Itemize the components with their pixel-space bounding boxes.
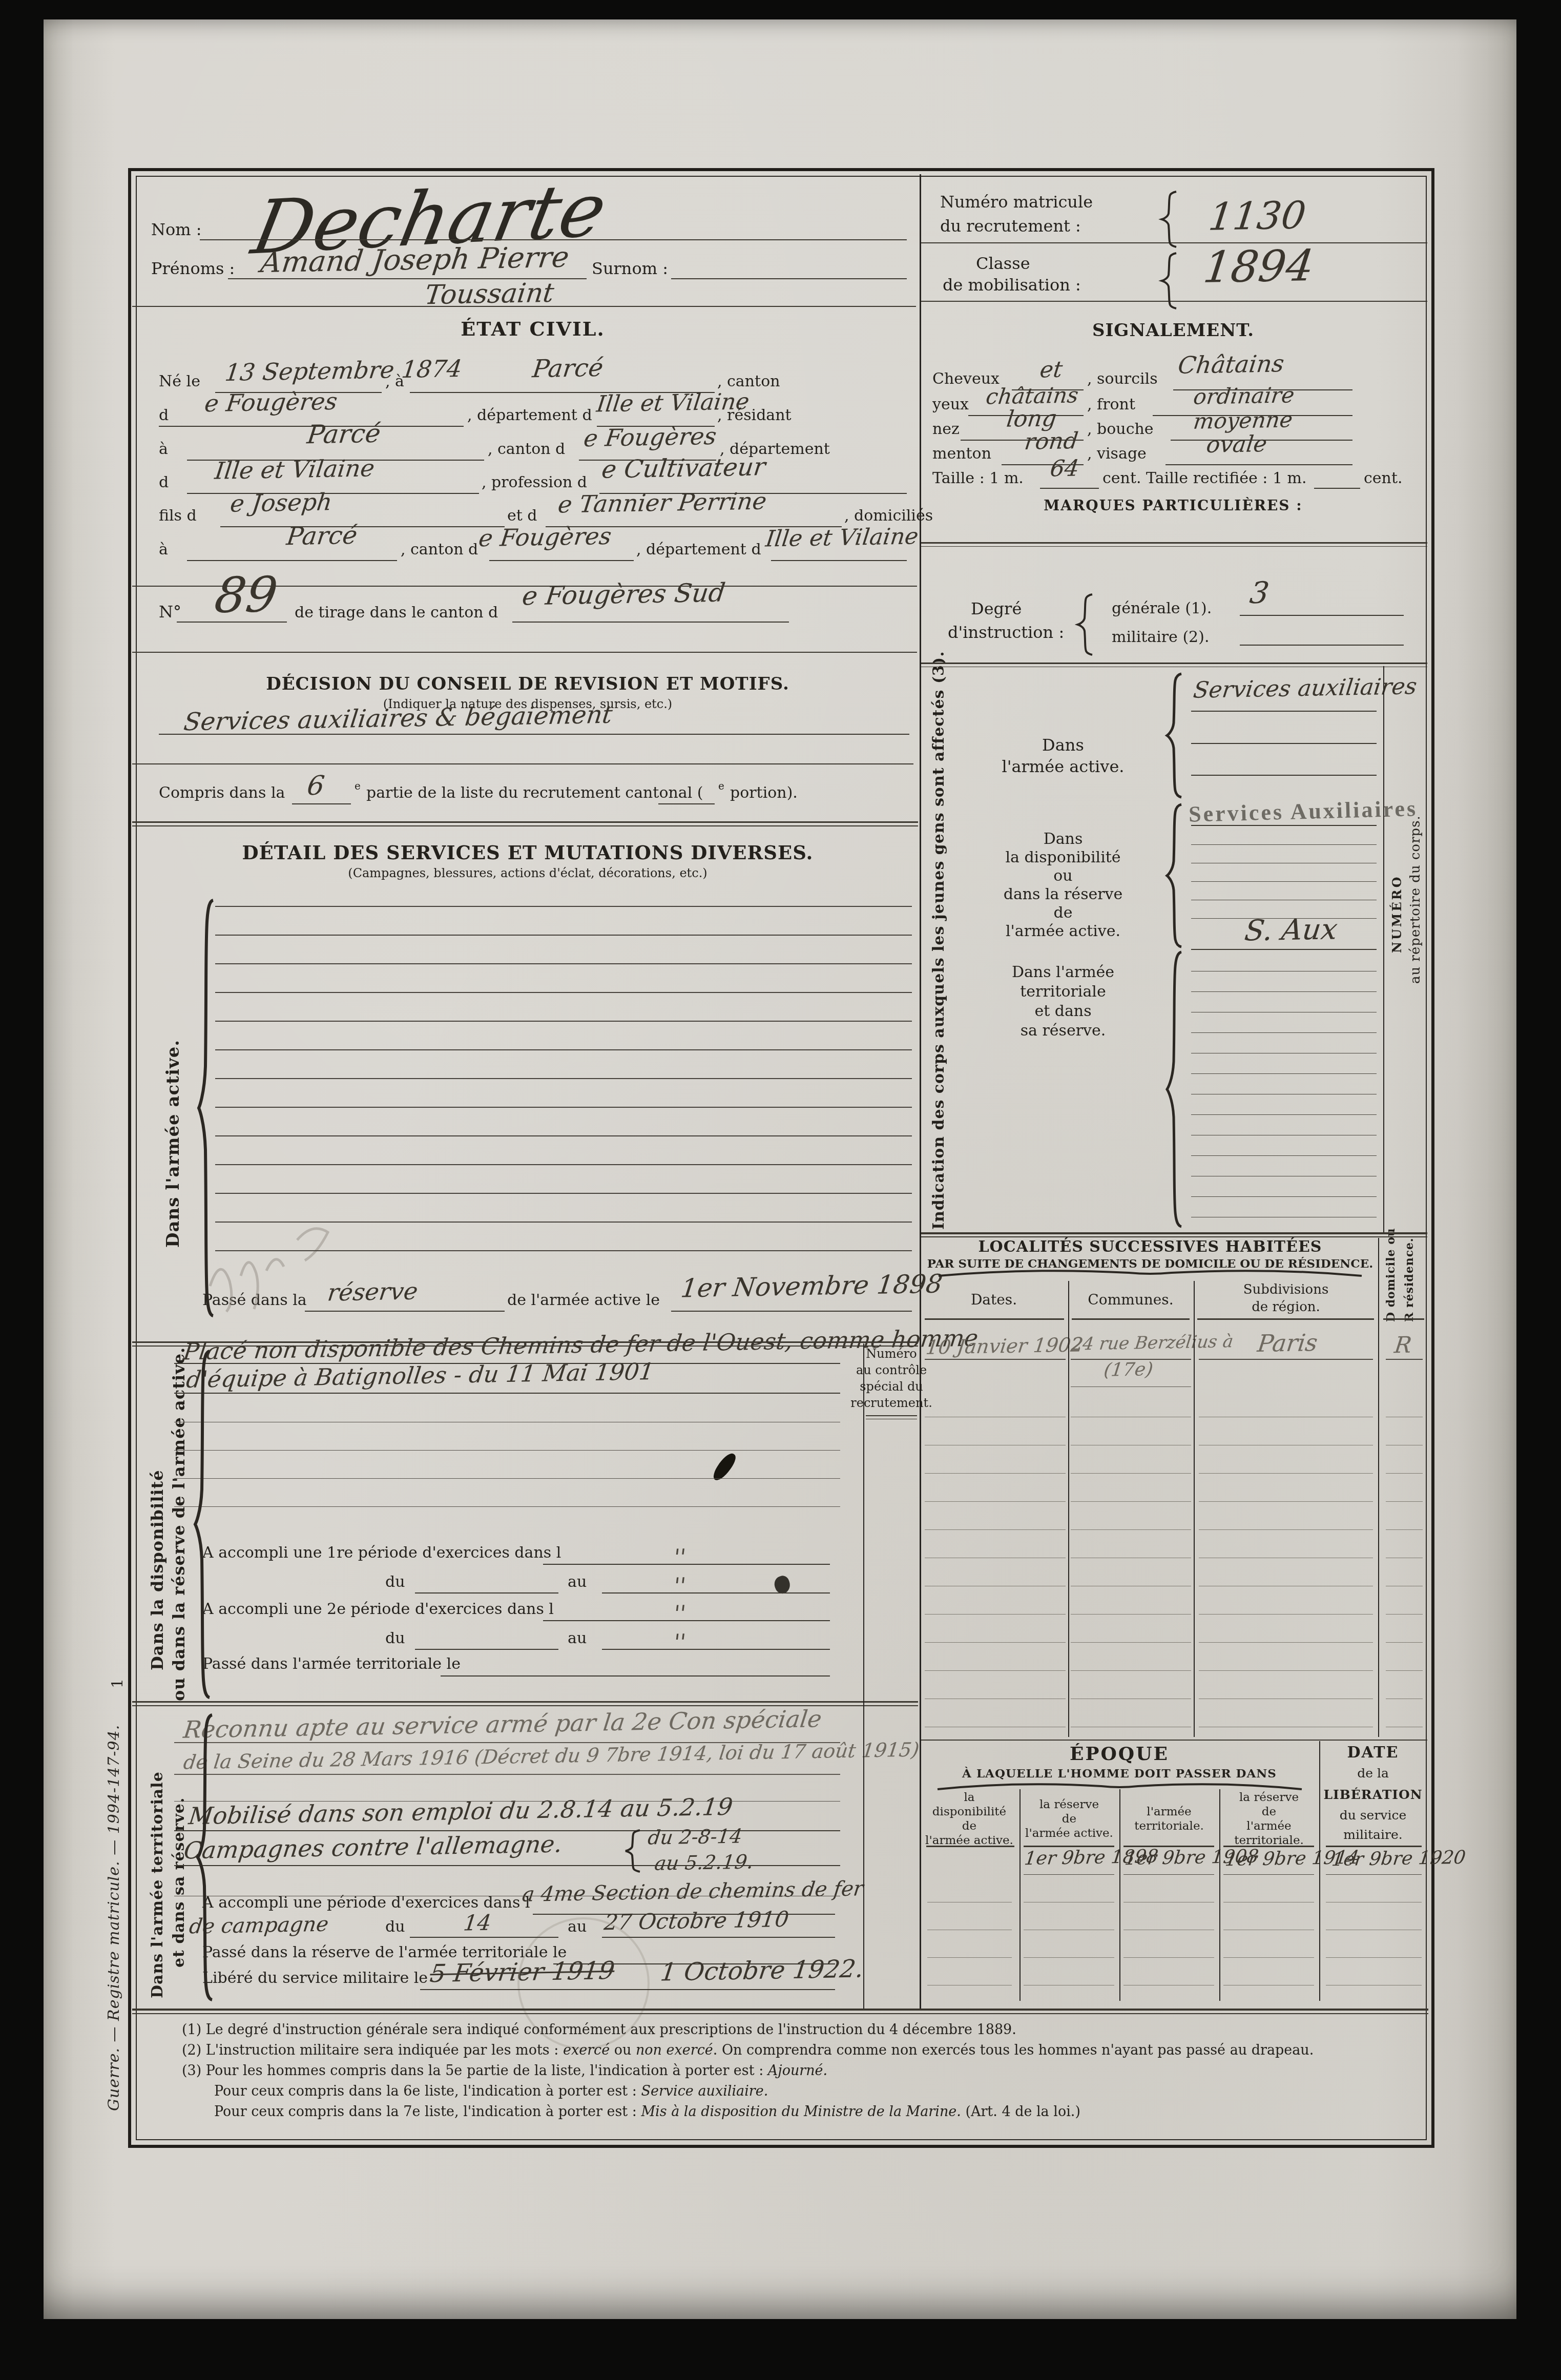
- dispo-terr-label: Passé dans l'armée territoriale le: [202, 1656, 461, 1672]
- ruled-line: [925, 1529, 1066, 1530]
- curly-brace: [192, 1350, 213, 1699]
- terr-hw10: 1 Octobre 1922.: [659, 1957, 865, 1985]
- ruled-line: [925, 1359, 1066, 1360]
- decorative-bracket-line: [936, 1780, 1303, 1793]
- ruled-line: [599, 493, 907, 494]
- footnote-3-italic: Ajourné.: [768, 2063, 827, 2079]
- ruled-line: [925, 1699, 1066, 1699]
- ruled-line: [489, 560, 634, 561]
- ruled-line: [1071, 1529, 1191, 1530]
- corps-active-l2: l'armée active.: [1002, 758, 1124, 776]
- compris-e2: e: [718, 781, 724, 792]
- ruled-line: [1386, 1501, 1423, 1502]
- civil-r3b: , canton d: [488, 441, 565, 458]
- table-vertical-line: [1219, 1789, 1220, 2001]
- ruled-line: [1326, 1846, 1422, 1847]
- ruled-line: [215, 935, 912, 936]
- ruled-line: [220, 526, 505, 527]
- prenoms-label: Prénoms :: [151, 260, 235, 278]
- corps-mid-l2: la disponibilité: [1005, 850, 1120, 866]
- ruled-line: [1223, 1846, 1314, 1847]
- footnote-2: (2) L'instruction militaire sera indiqué…: [182, 2043, 1314, 2058]
- ruled-line: [1191, 1217, 1377, 1217]
- civil-r4b: , profession d: [482, 474, 587, 491]
- ruled-line: [1123, 1930, 1214, 1930]
- civil-r5a: fils d: [159, 508, 197, 524]
- matricule-label-2: du recrutement :: [940, 218, 1081, 235]
- compris-b: partie de la liste du recrutement canton…: [366, 785, 703, 801]
- ruled-line: [925, 1558, 1066, 1558]
- ruled-line: [1223, 1985, 1314, 1985]
- civil-r2b: , département d: [467, 407, 592, 424]
- ruled-line: [925, 1586, 1066, 1586]
- ruled-line: [1071, 1642, 1191, 1643]
- ruled-line: [1191, 1114, 1377, 1115]
- dispo-p1: A accompli une 1re période d'exercices d…: [202, 1545, 561, 1561]
- civil-r4v2: e Cultivateur: [600, 454, 767, 482]
- ruled-line: [925, 1318, 1064, 1320]
- localites-h-sub2: de région.: [1252, 1300, 1320, 1314]
- ruled-line: [553, 1963, 835, 1964]
- curly-brace: [195, 1714, 215, 2001]
- civil-r3v1: Parcé: [306, 421, 382, 447]
- yeux-value: châtains: [985, 384, 1079, 407]
- ruled-line: [215, 1107, 912, 1108]
- ruled-line: [671, 1311, 912, 1312]
- ruled-line: [1240, 645, 1404, 646]
- ruled-line: [1191, 971, 1377, 971]
- localites-r1-date: 10 Janvier 1902: [925, 1335, 1084, 1357]
- ruled-line: [1071, 1699, 1191, 1699]
- ruled-line: [926, 1846, 1014, 1847]
- table-vertical-line: [1383, 666, 1384, 1232]
- pencil-scribble: [205, 1209, 348, 1322]
- ruled-line: [1386, 1727, 1423, 1727]
- ruled-line: [1199, 1445, 1373, 1445]
- ruled-line: [1386, 1417, 1423, 1417]
- ruled-line: [174, 1801, 840, 1802]
- ruled-line: [174, 1742, 840, 1743]
- ruled-line: [1072, 1318, 1190, 1320]
- table-vertical-line: [1119, 1789, 1120, 2001]
- ruled-line: [132, 1705, 918, 1706]
- ruled-line: [200, 239, 907, 240]
- ruled-line: [1199, 1642, 1373, 1643]
- ruled-line: [174, 1830, 840, 1831]
- ruled-line: [1191, 881, 1377, 882]
- terr-hw4b: au 5.2.19.: [653, 1852, 754, 1873]
- taille-label-3: cent.: [1364, 470, 1402, 487]
- yeux-label: yeux: [932, 397, 969, 413]
- ruled-line: [961, 440, 1084, 441]
- ruled-line: [1002, 464, 1084, 465]
- ruled-line: [305, 1311, 505, 1312]
- ruled-line: [187, 493, 479, 494]
- ruled-line: [1165, 464, 1352, 465]
- ruled-line: [215, 963, 912, 964]
- ruled-line: [925, 1501, 1066, 1502]
- ruled-line: [1191, 991, 1377, 992]
- ruled-line: [132, 821, 918, 823]
- localites-h-sub1: Subdivisions: [1243, 1283, 1329, 1297]
- tirage-no: N°: [159, 604, 181, 621]
- epoque-date-5: militaire.: [1343, 1828, 1402, 1841]
- civil-r1c: , canton: [717, 374, 780, 390]
- ruled-line: [132, 1346, 918, 1347]
- table-vertical-line: [1194, 1281, 1195, 1737]
- degre-label-1: Degré: [971, 601, 1022, 618]
- footnote-3: (3) Pour les hommes compris dans la 5e p…: [182, 2064, 827, 2078]
- ruled-line: [1386, 1359, 1423, 1360]
- passe-reserve-b: de l'armée active le: [507, 1292, 660, 1309]
- taille-label-2: cent. Taille rectifiée : 1 m.: [1102, 470, 1307, 487]
- dispo-au2: au: [568, 1630, 587, 1647]
- ruled-line: [866, 1415, 917, 1416]
- ruled-line: [1191, 1053, 1377, 1053]
- ruled-line: [579, 460, 716, 461]
- ruled-line: [921, 1236, 1427, 1237]
- ruled-line: [292, 803, 351, 804]
- prenoms-value: Amand Joseph Pierre: [259, 243, 571, 277]
- civil-r2a: d: [159, 407, 169, 424]
- ruled-line: [1024, 1902, 1114, 1902]
- localites-h-dr2: R résidence.: [1403, 1240, 1416, 1322]
- ruled-line: [174, 1506, 840, 1507]
- ruled-line: [921, 1740, 1427, 1741]
- curly-brace: [622, 1829, 643, 1873]
- dispo-au1: au: [568, 1574, 587, 1590]
- ruled-line: [1123, 1957, 1214, 1958]
- ruled-line: [132, 2013, 1428, 2014]
- menton-value: rond: [1023, 430, 1079, 453]
- table-vertical-line: [1068, 1281, 1069, 1737]
- curly-brace: [1159, 252, 1179, 309]
- ruled-line: [132, 1341, 918, 1343]
- ruled-line: [921, 1232, 1427, 1234]
- ruled-line: [1199, 1529, 1373, 1530]
- corps-mid-l5: de: [1054, 905, 1073, 921]
- detail-sub: (Campagnes, blessures, actions d'éclat, …: [348, 867, 707, 880]
- ruled-line: [921, 546, 1427, 547]
- ruled-line: [215, 1078, 912, 1079]
- ruled-line: [546, 526, 842, 527]
- ruled-line: [927, 1930, 1012, 1930]
- section-label-terr-1: Dans l'armée territoriale: [149, 1732, 166, 1998]
- numcol-l2: au contrôle: [856, 1364, 927, 1377]
- civil-r5b: et d: [507, 508, 537, 524]
- ruled-line: [215, 1049, 912, 1050]
- epoque-c2l2: de: [1062, 1813, 1076, 1825]
- ruled-line: [1240, 615, 1404, 616]
- ruled-line: [925, 1417, 1066, 1417]
- ruled-line: [602, 1649, 830, 1650]
- corps-mid-l1: Dans: [1044, 831, 1083, 847]
- civil-r6b: , canton d: [401, 542, 478, 558]
- ruled-line: [410, 392, 715, 393]
- detail-title: DÉTAIL DES SERVICES ET MUTATIONS DIVERSE…: [242, 843, 814, 863]
- ruled-line: [927, 1957, 1012, 1958]
- signalement-title: SIGNALEMENT.: [1092, 322, 1254, 340]
- ruled-line: [1191, 825, 1377, 826]
- ruled-line: [174, 1896, 840, 1896]
- ruled-line: [1386, 1473, 1423, 1474]
- localites-r1-comm2: (17e): [1103, 1360, 1154, 1380]
- footnote-2-mid: ou: [610, 2042, 636, 2058]
- ruled-line: [174, 1478, 840, 1479]
- margin-page-number: 1: [109, 1668, 127, 1688]
- ruled-line: [1024, 1874, 1114, 1875]
- ruled-line: [1386, 1670, 1423, 1671]
- footnote-5-italic: Mis à la disposition du Ministre de la M…: [641, 2104, 961, 2120]
- ruled-line: [1191, 863, 1377, 863]
- ruled-line: [1386, 1529, 1423, 1530]
- civil-r2v1: e Fougères: [203, 389, 339, 415]
- nez-label: nez: [932, 421, 960, 438]
- footnote-2-italic-2: non exercé: [636, 2042, 713, 2058]
- ruled-line: [441, 1675, 830, 1677]
- curly-brace: [1164, 673, 1184, 798]
- epoque-c4l4: territoriale.: [1234, 1834, 1304, 1847]
- epoque-date-4: du service: [1340, 1809, 1407, 1822]
- compris-e1: e: [355, 781, 361, 792]
- ruled-line: [1199, 1359, 1373, 1360]
- ruled-line: [1024, 1985, 1114, 1985]
- ruled-line: [1191, 900, 1377, 900]
- visage-label: , visage: [1087, 446, 1147, 462]
- civil-r1v1: 13 Septembre 1874: [224, 357, 464, 384]
- ruled-line: [1071, 1417, 1191, 1417]
- epoque-c4l2: de: [1262, 1806, 1276, 1818]
- ruled-line: [512, 622, 789, 623]
- ruled-line: [132, 586, 917, 587]
- terr-p3: Libéré du service militaire le: [202, 1970, 428, 1986]
- civil-r4a: d: [159, 474, 169, 491]
- degre-generale-value: 3: [1248, 578, 1271, 608]
- ruled-line: [1199, 1586, 1373, 1586]
- ruled-line: [1199, 1501, 1373, 1502]
- ruled-line: [1071, 1473, 1191, 1474]
- ruled-line: [1123, 1874, 1214, 1875]
- table-vertical-line: [1019, 1789, 1021, 2001]
- epoque-c3l1: l'armée: [1147, 1806, 1191, 1818]
- localites-h-communes: Communes.: [1088, 1292, 1173, 1307]
- ruled-line: [1191, 1094, 1377, 1094]
- tirage-canton: e Fougères Sud: [521, 580, 726, 609]
- terr-p1: A accompli une période d'exercices dans …: [202, 1895, 530, 1911]
- ruled-line: [174, 1363, 840, 1364]
- ruled-line: [1071, 1501, 1191, 1502]
- decorative-bracket-line: [938, 1267, 1363, 1280]
- ruled-line: [1191, 1073, 1377, 1074]
- ruled-line: [1223, 1874, 1314, 1875]
- compris-value: 6: [306, 773, 326, 800]
- ruled-line: [1191, 1155, 1377, 1156]
- epoque-c2l1: la réserve: [1039, 1798, 1099, 1811]
- cheveux-value: et: [1038, 359, 1064, 382]
- ruled-line: [1071, 1558, 1191, 1558]
- ruled-line: [1326, 1985, 1422, 1985]
- ruled-line: [1024, 1930, 1114, 1930]
- footnote-5-post: (Art. 4 de la loi.): [961, 2104, 1080, 2120]
- ruled-line: [921, 667, 1427, 667]
- civil-r6v2: e Fougères: [477, 524, 613, 550]
- ruled-line: [927, 1902, 1012, 1902]
- localites-h-dates: Dates.: [971, 1292, 1017, 1307]
- ruled-line: [1071, 1359, 1191, 1360]
- numcol-l3: spécial du: [860, 1380, 923, 1393]
- ruled-line: [1071, 1727, 1191, 1727]
- corps-terr-l4: sa réserve.: [1021, 1023, 1106, 1039]
- ruled-line: [1191, 1012, 1377, 1012]
- degre-label-2: d'instruction :: [948, 624, 1064, 641]
- ruled-line: [415, 1592, 558, 1593]
- corps-terr-value: S. Aux: [1243, 915, 1339, 945]
- section-label-dispo-1: Dans la disponibilité: [148, 1383, 167, 1670]
- ruled-line: [187, 560, 397, 561]
- ruled-line: [1171, 440, 1352, 441]
- ruled-line: [1191, 949, 1377, 950]
- footnote-4-italic: Service auxiliaire.: [641, 2083, 768, 2099]
- corps-mid-l3: ou: [1053, 868, 1072, 884]
- ruled-line: [1071, 1386, 1191, 1387]
- corps-mid-l6: l'armée active.: [1006, 923, 1120, 940]
- degre-generale: générale (1).: [1112, 601, 1212, 617]
- epoque-date-2: de la: [1357, 1767, 1389, 1780]
- footnote-1-num: (1): [182, 2022, 201, 2038]
- prenoms-value2: Toussaint: [424, 280, 556, 308]
- ruled-line: [1326, 1874, 1422, 1875]
- ruled-line: [925, 1473, 1066, 1474]
- ruled-line: [1326, 1902, 1422, 1902]
- corps-numero-label-1: NUMÉRO: [1389, 799, 1404, 953]
- ruled-line: [1173, 389, 1352, 390]
- classe-value: 1894: [1201, 244, 1317, 289]
- ruled-line: [1191, 711, 1377, 712]
- civil-r1a: Né le: [159, 374, 200, 390]
- ruled-line: [215, 906, 912, 907]
- etat-civil-title: ÉTAT CIVIL.: [461, 319, 605, 339]
- front-value: ordinaire: [1192, 384, 1296, 407]
- ruled-line: [597, 426, 715, 427]
- ruled-line: [1383, 1318, 1424, 1320]
- corps-terr-l3: et dans: [1034, 1003, 1091, 1020]
- dispo-du1: du: [385, 1574, 405, 1590]
- numcol-l1: Numéro: [866, 1348, 917, 1360]
- ruled-line: [1326, 1930, 1422, 1930]
- terr-hw7: 14: [462, 1912, 492, 1934]
- civil-r3a: à: [159, 441, 168, 458]
- matricule-label-1: Numéro matricule: [940, 194, 1093, 211]
- passe-reserve-date: 1er Novembre 1898: [679, 1271, 944, 1301]
- ruled-line: [215, 1222, 912, 1223]
- taille-label: Taille : 1 m.: [932, 470, 1024, 487]
- ruled-line: [533, 1914, 835, 1915]
- menton-label: menton: [932, 446, 991, 462]
- ruled-line: [925, 1614, 1066, 1615]
- classe-label-2: de mobilisation :: [943, 277, 1081, 294]
- ruled-line: [174, 1865, 840, 1866]
- matricule-value: 1130: [1206, 196, 1308, 236]
- ruled-line: [1386, 1586, 1423, 1586]
- ruled-line: [1024, 1957, 1114, 1958]
- terr-hw4: Campagnes contre l'allemagne.: [182, 1832, 564, 1862]
- epoque-sub: À LAQUELLE L'HOMME DOIT PASSER DANS: [962, 1768, 1277, 1780]
- epoque-c1l4: l'armée active.: [925, 1834, 1013, 1847]
- ruled-line: [1191, 1176, 1377, 1176]
- ruled-line: [658, 803, 715, 804]
- dispo-du2: du: [385, 1630, 405, 1647]
- ruled-line: [1191, 775, 1377, 776]
- ruled-line: [215, 1164, 912, 1165]
- ruled-line: [1197, 1318, 1374, 1320]
- ruled-line: [1199, 1558, 1373, 1558]
- ruled-line: [1071, 1670, 1191, 1671]
- footnote-2-pre: L'instruction militaire sera indiquée pa…: [206, 2042, 563, 2058]
- ruled-line: [1191, 1135, 1377, 1135]
- main-divider: [920, 174, 921, 2010]
- table-vertical-line: [1319, 1741, 1320, 2001]
- ruled-line: [543, 1564, 830, 1565]
- ruled-line: [1012, 389, 1084, 390]
- localites-title: LOCALITÉS SUCCESSIVES HABITÉES: [979, 1239, 1322, 1255]
- ruled-line: [1199, 1473, 1373, 1474]
- footnote-2-italic-1: exercé: [563, 2042, 610, 2058]
- ruled-line: [187, 460, 484, 461]
- ruled-line: [671, 278, 907, 279]
- curly-brace: [1164, 951, 1184, 1228]
- compris-a: Compris dans la: [159, 785, 285, 801]
- footnote-4: Pour ceux compris dans la 6e liste, l'in…: [214, 2084, 768, 2099]
- front-label: , front: [1087, 397, 1135, 413]
- ruled-line: [410, 1937, 558, 1938]
- ruled-line: [1071, 1445, 1191, 1445]
- ruled-line: [215, 392, 382, 393]
- ruled-line: [228, 278, 587, 279]
- ruled-line: [215, 1021, 912, 1022]
- footnote-1: (1) Le degré d'instruction générale sera…: [182, 2023, 1016, 2037]
- footnote-1-text: Le degré d'instruction générale sera ind…: [206, 2022, 1016, 2038]
- localites-h-dr1: D domicile ou: [1384, 1240, 1398, 1322]
- ruled-line: [921, 663, 1427, 664]
- section-label-dispo-2: ou dans la réserve de l'armée active.: [169, 1353, 189, 1701]
- ruled-line: [1123, 1846, 1214, 1847]
- civil-r6c: , département d: [636, 542, 761, 558]
- ruled-line: [602, 1592, 830, 1593]
- ruled-line: [177, 622, 287, 623]
- ruled-line: [925, 1670, 1066, 1671]
- ruled-line: [1199, 1699, 1373, 1699]
- classe-label-1: Classe: [976, 255, 1030, 273]
- ruled-line: [968, 415, 1084, 416]
- civil-r1b: , à: [385, 374, 404, 390]
- terr-hw5: a 4me Section de chemins de fer: [521, 1878, 865, 1905]
- decision-value: Services auxiliaires & bégaiement: [182, 702, 614, 735]
- ruled-line: [415, 1649, 558, 1650]
- ruled-line: [1024, 1846, 1114, 1847]
- surnom-label: Surnom :: [592, 260, 668, 278]
- curly-brace: [196, 899, 216, 1317]
- sourcils-label: , sourcils: [1087, 371, 1158, 387]
- ruled-line: [132, 2009, 1428, 2011]
- visage-value: ovale: [1205, 433, 1268, 457]
- ruled-line: [1191, 743, 1377, 744]
- terr-hw4a: du 2-8-14: [647, 1826, 743, 1847]
- ruled-line: [1191, 844, 1377, 845]
- ruled-line: [1199, 1727, 1373, 1727]
- ruled-line: [174, 1422, 840, 1422]
- decision-title: DÉCISION DU CONSEIL DE REVISION ET MOTIF…: [266, 675, 789, 694]
- ruled-line: [866, 1419, 917, 1419]
